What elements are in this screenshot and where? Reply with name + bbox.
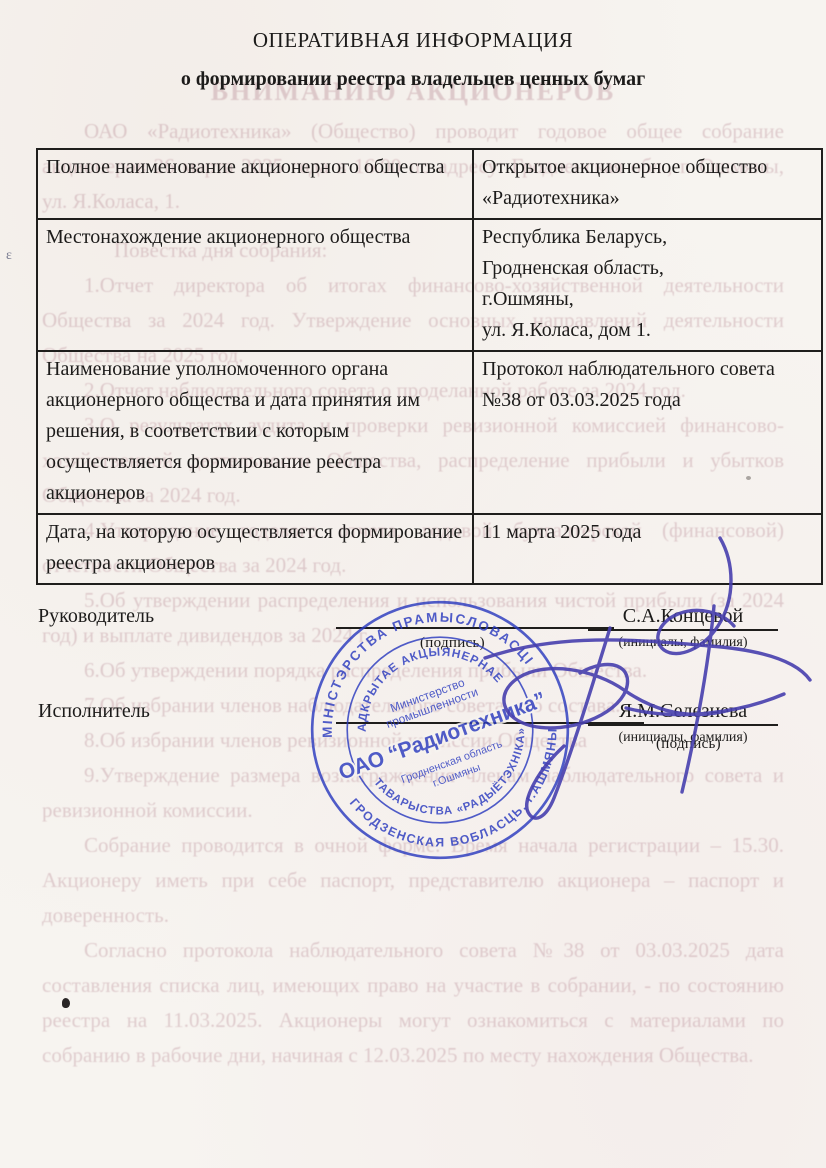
row-value: Республика Беларусь, Гродненская область…: [473, 219, 822, 351]
row-label: Местонахождение акционерного общества: [37, 219, 473, 351]
row-value: 11 марта 2025 года: [473, 514, 822, 584]
row-value: Протокол наблюдательного совета №38 от 0…: [473, 351, 822, 514]
head-name: С.А.Концевой: [588, 605, 778, 631]
head-role-label: Руководитель: [38, 605, 154, 628]
table-row: Дата, на которую осуществляется формиров…: [37, 514, 822, 584]
scanned-document-page: ВНИМАНИЮ АКЦИОНЕРОВ ОАО «Радиотехника» (…: [0, 0, 826, 1168]
row-value: Открытое акционерное общество «Радиотехн…: [473, 149, 822, 219]
executor-name: Я.М.Селезнева: [588, 700, 778, 726]
row-label: Полное наименование акционерного обществ…: [37, 149, 473, 219]
head-name-caption: (инициалы, фамилия): [588, 635, 778, 651]
executor-role-label: Исполнитель: [38, 700, 150, 723]
row-label: Наименование уполномоченного органа акци…: [37, 351, 473, 514]
register-info-table: Полное наименование акционерного обществ…: [36, 148, 823, 585]
table-row: Полное наименование акционерного обществ…: [37, 149, 822, 219]
document-subtitle: о формировании реестра владельцев ценных…: [0, 68, 826, 91]
table-row: Наименование уполномоченного органа акци…: [37, 351, 822, 514]
scan-speck: [62, 998, 70, 1008]
document-title: ОПЕРАТИВНАЯ ИНФОРМАЦИЯ: [0, 28, 826, 53]
scan-mark: ε: [6, 248, 12, 264]
company-round-stamp: МІНІСТЭРСТВА ПРАМЫСЛОВАСЦІ ГРОДЗЕНСКАЯ В…: [306, 596, 574, 864]
table-row: Местонахождение акционерного общества Ре…: [37, 219, 822, 351]
document-content: ОПЕРАТИВНАЯ ИНФОРМАЦИЯ о формировании ре…: [0, 0, 826, 1168]
executor-name-caption: (инициалы, фамилия): [588, 730, 778, 746]
row-label: Дата, на которую осуществляется формиров…: [37, 514, 473, 584]
scan-speck: [746, 476, 751, 480]
